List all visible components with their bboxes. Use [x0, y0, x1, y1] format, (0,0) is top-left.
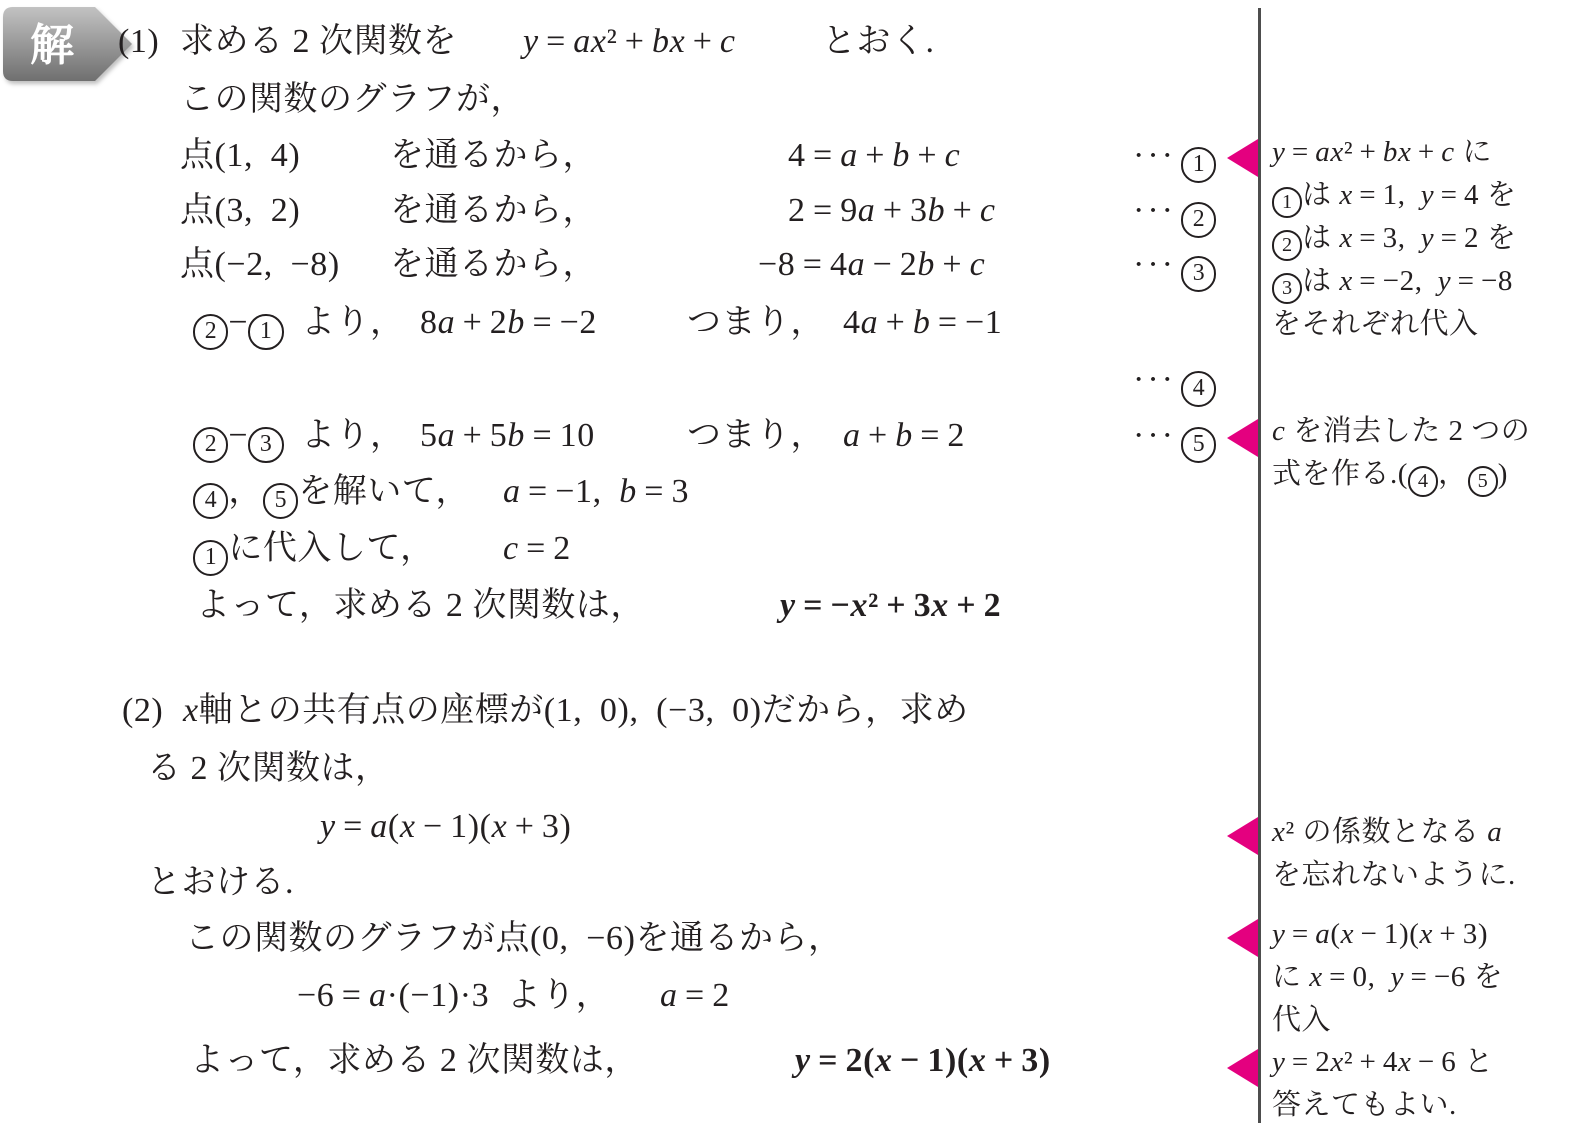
circled-number: 2: [193, 427, 228, 462]
circled-number: 5: [263, 483, 298, 518]
line-chunk: 2−1 より，: [193, 303, 405, 350]
line-chunk: つまり，: [687, 416, 825, 456]
text-run: つまり，: [687, 417, 825, 454]
line-chunk: ···1: [1133, 136, 1216, 183]
line-chunk: この関数のグラフが点(0, −6)を通るから，: [185, 919, 843, 959]
margin-note-line: 答えてもよい.: [1272, 1087, 1457, 1123]
math-run: a = −1, b = 3: [503, 473, 689, 510]
text-run: ，: [1438, 458, 1468, 490]
math-run: −8 = 4a − 2b + c: [758, 246, 985, 283]
text-run: は: [1302, 179, 1339, 211]
text-run: ): [1498, 458, 1508, 490]
line-chunk: 点(1, 4): [180, 136, 300, 176]
text-run: を忘れないように.: [1272, 859, 1516, 891]
line-chunk: y = a(x − 1)(x + 3): [320, 807, 571, 847]
solution-line: (2)x軸との共有点の座標が(1, 0), (−3, 0)だから，求め: [0, 691, 1590, 733]
solution-line: (1)求める 2 次関数をy = ax² + bx + cとおく.: [0, 22, 1590, 64]
solution-line: よって，求める 2 次関数は，y = −x² + 3x + 2: [0, 586, 1590, 628]
circled-number: 3: [1181, 256, 1216, 291]
text-run: 点: [180, 137, 215, 174]
text-run: を消去した 2 つの: [1285, 415, 1530, 447]
margin-pointer-triangle: [1227, 419, 1258, 457]
text-run: を: [1479, 222, 1516, 254]
math-run: (1, 4): [215, 137, 301, 174]
text-run: を解いて，: [298, 473, 470, 510]
text-run: 点: [180, 192, 215, 229]
line-chunk: 点(3, 2): [180, 191, 300, 231]
line-chunk: 2 = 9a + 3b + c: [788, 191, 996, 231]
line-chunk: (1): [118, 22, 159, 62]
math-run: a: [1487, 816, 1502, 848]
math-run: a = 2: [660, 977, 730, 1014]
text-run: を通るから，: [390, 246, 597, 283]
circled-number: 5: [1181, 427, 1216, 462]
text-run: に: [1272, 961, 1309, 993]
circled-number: 2: [1272, 230, 1302, 260]
line-chunk: a = −1, b = 3: [503, 472, 689, 512]
margin-divider-line: [1258, 8, 1261, 1123]
line-chunk: よって，求める 2 次関数は，: [190, 1041, 639, 1081]
circled-number: 1: [1181, 147, 1216, 182]
line-chunk: 2−3 より，: [193, 416, 405, 463]
margin-note-line: 2は x = 3, y = 2 を: [1272, 220, 1516, 261]
ellipsis-dots: ···: [1133, 417, 1176, 454]
text-run: 答えてもよい.: [1272, 1089, 1457, 1121]
line-chunk: a + b = 2: [843, 416, 965, 456]
line-chunk: る 2 次関数は，: [147, 749, 390, 789]
circled-number: 2: [1181, 202, 1216, 237]
margin-note-line: 式を作る.(4，5): [1272, 456, 1508, 497]
text-run: を通るから，: [390, 192, 597, 229]
text-run: に代入して，: [228, 530, 434, 567]
line-chunk: 求める 2 次関数を: [180, 22, 457, 62]
solution-line: この関数のグラフが，: [0, 80, 1590, 122]
margin-note-line: をそれぞれ代入: [1272, 306, 1479, 342]
math-run: (3, 2): [215, 192, 301, 229]
line-chunk: よって，求める 2 次関数は，: [196, 586, 645, 626]
math-run: x = 0, y = −6: [1309, 961, 1466, 993]
ellipsis-dots: ···: [1133, 361, 1176, 398]
math-run: 5a + 5b = 10: [420, 417, 595, 454]
circled-number: 5: [1468, 466, 1498, 496]
line-chunk: 8a + 2b = −2: [420, 303, 597, 343]
math-run: x = 1, y = 4: [1339, 179, 1479, 211]
math-run: (−2, −8): [215, 246, 340, 283]
margin-note-line: 3は x = −2, y = −8: [1272, 263, 1513, 304]
math-run: 8a + 2b = −2: [420, 304, 597, 341]
line-chunk: (2): [122, 691, 163, 731]
math-run: y = a(x − 1)(x + 3): [320, 808, 571, 845]
line-chunk: つまり，: [687, 303, 825, 343]
text-run: を通るから，: [636, 920, 843, 957]
ellipsis-dots: ···: [1133, 137, 1176, 174]
math-run: x²: [1272, 816, 1295, 848]
line-chunk: y = 2(x − 1)(x + 3): [795, 1041, 1051, 1081]
circled-number: 1: [1272, 187, 1302, 217]
text-run: よって，求める 2 次関数は，: [196, 587, 645, 624]
math-run: y = ax² + bx + c: [1272, 136, 1455, 168]
ellipsis-dots: ···: [1133, 246, 1176, 283]
line-chunk: ···3: [1133, 245, 1216, 292]
line-chunk: を通るから，: [390, 245, 597, 285]
margin-note-line: を忘れないように.: [1272, 857, 1516, 893]
answer-formula: y = 2(x − 1)(x + 3): [795, 1042, 1051, 1079]
circled-number: 4: [1408, 466, 1438, 496]
math-run: x = −2, y = −8: [1339, 265, 1513, 297]
text-run: を通るから，: [390, 137, 597, 174]
answer-formula: y = −x² + 3x + 2: [780, 587, 1001, 624]
circled-number: 3: [1272, 273, 1302, 303]
text-run: 軸との共有点の座標が: [199, 692, 544, 729]
line-chunk: 点(−2, −8): [180, 245, 340, 285]
line-chunk: 4 = a + b + c: [788, 136, 960, 176]
line-chunk: c = 2: [503, 529, 571, 569]
textbook-solution-page: 解 (1)求める 2 次関数をy = ax² + bx + cとおく.この関数の…: [0, 0, 1590, 1123]
line-chunk: を通るから，: [390, 191, 597, 231]
margin-note-line: x² の係数となる a: [1272, 814, 1502, 850]
text-run: を: [1479, 179, 1516, 211]
math-run: c = 2: [503, 530, 571, 567]
line-chunk: ···2: [1133, 191, 1216, 238]
text-run: 点: [180, 246, 215, 283]
circled-number: 1: [248, 314, 283, 349]
margin-note-line: c を消去した 2 つの: [1272, 413, 1530, 449]
math-run: (0, −6): [530, 920, 636, 957]
line-chunk: a = 2: [660, 976, 730, 1016]
math-run: 4 = a + b + c: [788, 137, 960, 174]
math-run: −: [228, 304, 248, 341]
text-run: よって，求める 2 次関数は，: [190, 1042, 639, 1079]
margin-note-line: y = a(x − 1)(x + 3): [1272, 916, 1488, 952]
margin-note-line: に x = 0, y = −6 を: [1272, 959, 1503, 995]
math-run: x = 3, y = 2: [1339, 222, 1479, 254]
solution-line: る 2 次関数は，: [0, 749, 1590, 791]
math-run: y = ax² + bx + c: [523, 23, 736, 60]
line-chunk: ···5: [1133, 416, 1216, 463]
text-run: 代入: [1272, 1004, 1331, 1036]
margin-pointer-triangle: [1227, 817, 1258, 855]
text-run: とおける.: [147, 864, 294, 901]
line-chunk: y = −x² + 3x + 2: [780, 586, 1001, 626]
line-chunk: 1に代入して，: [193, 529, 435, 576]
solution-line: ···4: [0, 360, 1590, 402]
text-run: る 2 次関数は，: [147, 750, 390, 787]
text-run: より，: [489, 977, 610, 1014]
text-run: と: [1456, 1046, 1493, 1078]
text-run: 式を作る.(: [1272, 458, 1408, 490]
margin-note-line: y = 2x² + 4x − 6 と: [1272, 1044, 1494, 1080]
line-chunk: −8 = 4a − 2b + c: [758, 245, 985, 285]
math-run: 2 = 9a + 3b + c: [788, 192, 996, 229]
text-run: この関数のグラフが，: [180, 81, 525, 118]
text-run: 求める 2 次関数を: [180, 23, 457, 60]
line-chunk: x軸との共有点の座標が(1, 0), (−3, 0)だから，求め: [183, 691, 969, 731]
margin-pointer-triangle: [1227, 919, 1258, 957]
text-run: だから，求め: [762, 692, 969, 729]
margin-note-line: y = ax² + bx + c に: [1272, 134, 1492, 170]
line-chunk: とおく.: [822, 22, 935, 62]
text-run: を: [1466, 961, 1503, 993]
math-run: a + b = 2: [843, 417, 965, 454]
ellipsis-dots: ···: [1133, 192, 1176, 229]
math-run: x: [183, 692, 199, 729]
text-run: に: [1455, 136, 1492, 168]
line-chunk: 4，5を解いて，: [193, 472, 470, 519]
line-chunk: ···4: [1133, 360, 1216, 407]
math-run: y = a(x − 1)(x + 3): [1272, 918, 1488, 950]
math-run: −: [228, 417, 248, 454]
solution-line: 1に代入して，c = 2: [0, 529, 1590, 571]
margin-note-line: 代入: [1272, 1002, 1331, 1038]
text-run: (2): [122, 692, 163, 729]
line-chunk: −6 = a·(−1)·3 より，: [297, 976, 610, 1016]
margin-pointer-triangle: [1227, 139, 1258, 177]
circled-number: 4: [1181, 371, 1216, 406]
circled-number: 1: [193, 540, 228, 575]
margin-pointer-triangle: [1227, 1049, 1258, 1087]
line-chunk: を通るから，: [390, 136, 597, 176]
line-chunk: y = ax² + bx + c: [523, 22, 736, 62]
text-run: (1): [118, 23, 159, 60]
text-run: は: [1302, 222, 1339, 254]
text-run: の係数となる: [1295, 816, 1488, 848]
text-run: この関数のグラフが点: [185, 920, 530, 957]
text-run: より，: [284, 304, 405, 341]
line-chunk: 4a + b = −1: [843, 303, 1002, 343]
line-chunk: とおける.: [147, 863, 294, 903]
math-run: c: [1272, 415, 1285, 447]
line-chunk: 5a + 5b = 10: [420, 416, 595, 456]
text-run: をそれぞれ代入: [1272, 308, 1479, 340]
text-run: ，: [228, 473, 263, 510]
text-run: つまり，: [687, 304, 825, 341]
math-run: y = 2x² + 4x − 6: [1272, 1046, 1456, 1078]
math-run: (1, 0), (−3, 0): [544, 692, 762, 729]
text-run: は: [1302, 265, 1339, 297]
math-run: 4a + b = −1: [843, 304, 1002, 341]
math-run: −6 = a·(−1)·3: [297, 977, 489, 1014]
text-run: とおく.: [822, 23, 935, 60]
circled-number: 2: [193, 314, 228, 349]
circled-number: 3: [248, 427, 283, 462]
text-run: より，: [284, 417, 405, 454]
margin-note-line: 1は x = 1, y = 4 を: [1272, 177, 1516, 218]
circled-number: 4: [193, 483, 228, 518]
line-chunk: この関数のグラフが，: [180, 80, 525, 120]
